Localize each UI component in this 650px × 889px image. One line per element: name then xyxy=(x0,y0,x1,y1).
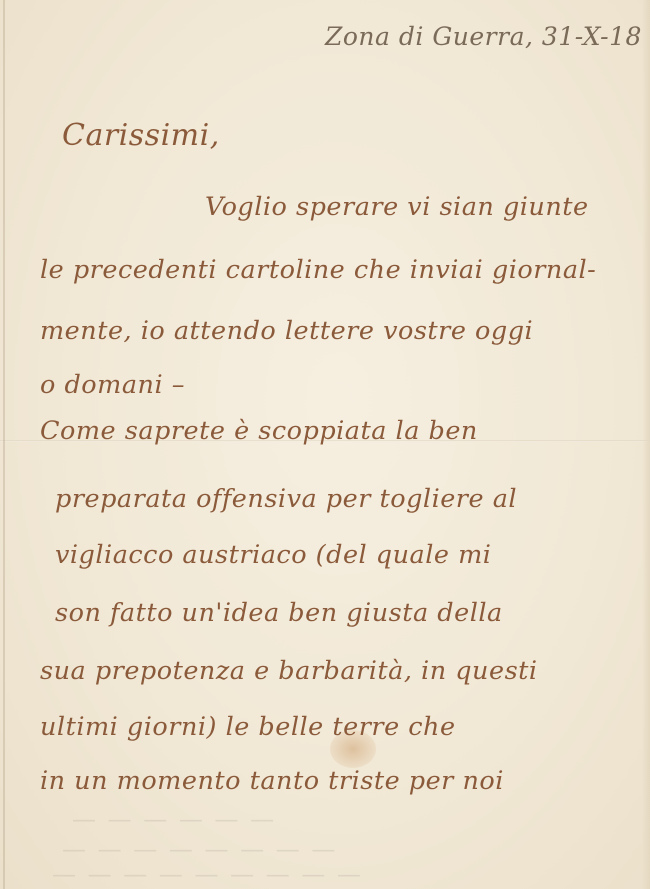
bleed-through-text: — — — — — — — — xyxy=(60,835,335,863)
letter-line: Voglio sperare vi sian giunte xyxy=(205,192,589,222)
right-paper-edge xyxy=(642,0,650,889)
bleed-through-text: — — — — — — xyxy=(70,805,274,833)
letter-page: — — — — — — — — — — — — — — — — — — — — … xyxy=(0,0,650,889)
letter-line: in un momento tanto triste per noi xyxy=(40,766,504,796)
letter-line: sua prepotenza e barbarità, in questi xyxy=(40,656,538,686)
salutation: Carissimi, xyxy=(62,118,220,153)
left-fold-edge xyxy=(3,0,5,889)
letter-line: ultimi giorni) le belle terre che xyxy=(40,712,456,742)
letter-line: mente, io attendo lettere vostre oggi xyxy=(40,316,533,346)
letter-line: Come saprete è scoppiata la ben xyxy=(40,416,478,446)
bleed-through-text: — — — — — — — — — xyxy=(50,860,361,888)
letter-line: son fatto un'idea ben giusta della xyxy=(55,598,503,628)
place-and-date: Zona di Guerra, 31-X-18 xyxy=(325,22,642,51)
letter-line: le precedenti cartoline che inviai giorn… xyxy=(40,255,596,285)
letter-line: preparata offensiva per togliere al xyxy=(55,484,517,514)
letter-line: o domani – xyxy=(40,370,185,400)
letter-line: vigliacco austriaco (del quale mi xyxy=(55,540,491,570)
